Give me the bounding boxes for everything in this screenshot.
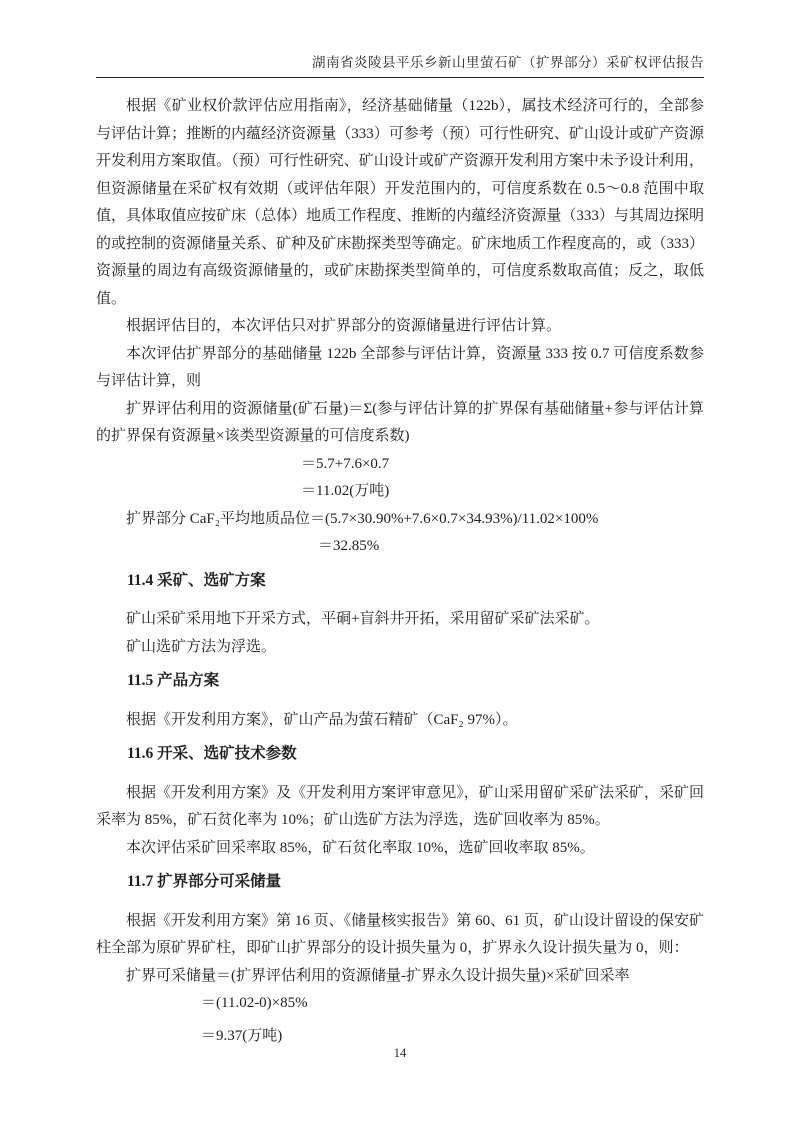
paragraph-product-plan: 根据《开发利用方案》，矿山产品为萤石精矿（CaF₂ 97%）。 bbox=[96, 707, 704, 735]
page-footer: 14 bbox=[0, 1046, 800, 1061]
paragraph-guideline: 根据《矿业权价款评估应用指南》，经济基础储量（122b），属技术经济可行的，全部… bbox=[96, 93, 704, 313]
report-title: 湖南省炎陵县平乐乡新山里萤石矿（扩界部分）采矿权评估报告 bbox=[312, 55, 704, 70]
page-content: 根据《矿业权价款评估应用指南》，经济基础储量（122b），属技术经济可行的，全部… bbox=[96, 93, 704, 1050]
section-heading-11-6: 11.6 开采、选矿技术参数 bbox=[96, 740, 704, 768]
page-number: 14 bbox=[394, 1046, 407, 1060]
paragraph-parameters-adopted: 本次评估采矿回采率取 85%，矿石贫化率取 10%，选矿回收率取 85%。 bbox=[96, 835, 704, 863]
running-header: 湖南省炎陵县平乐乡新山里萤石矿（扩界部分）采矿权评估报告 bbox=[96, 55, 704, 78]
paragraph-purpose: 根据评估目的，本次评估只对扩界部分的资源储量进行评估计算。 bbox=[96, 313, 704, 341]
section-heading-11-4: 11.4 采矿、选矿方案 bbox=[96, 567, 704, 595]
equation-step-1: ＝5.7+7.6×0.7 bbox=[301, 451, 704, 479]
equation-recoverable-step-1: ＝(11.02-0)×85% bbox=[201, 990, 704, 1018]
section-heading-11-5: 11.5 产品方案 bbox=[96, 667, 704, 695]
equation-step-3: ＝32.85% bbox=[318, 533, 704, 561]
paragraph-technical-parameters: 根据《开发利用方案》及《开发利用方案评审意见》，矿山采用留矿采矿法采矿，采矿回采… bbox=[96, 780, 704, 835]
formula-average-grade: 扩界部分 CaF₂平均地质品位＝(5.7×30.90%+7.6×0.7×34.9… bbox=[96, 506, 704, 534]
formula-resource-reserve: 扩界评估利用的资源储量(矿石量)＝Σ(参与评估计算的扩界保有基础储量+参与评估计… bbox=[96, 396, 704, 451]
formula-recoverable-reserve: 扩界可采储量＝(扩界评估利用的资源储量-扩界永久设计损失量)×采矿回采率 bbox=[96, 963, 704, 991]
section-heading-11-7: 11.7 扩界部分可采储量 bbox=[96, 868, 704, 896]
paragraph-recoverable-reserve-basis: 根据《开发利用方案》第 16 页、《储量核实报告》第 60、61 页，矿山设计留… bbox=[96, 908, 704, 963]
paragraph-participation: 本次评估扩界部分的基础储量 122b 全部参与评估计算，资源量 333 按 0.… bbox=[96, 341, 704, 396]
equation-step-2: ＝11.02(万吨) bbox=[301, 478, 704, 506]
paragraph-mining-method: 矿山采矿采用地下开采方式，平硐+盲斜井开拓，采用留矿采矿法采矿。 bbox=[96, 606, 704, 634]
paragraph-beneficiation-method: 矿山选矿方法为浮选。 bbox=[96, 634, 704, 662]
document-page: 湖南省炎陵县平乐乡新山里萤石矿（扩界部分）采矿权评估报告 根据《矿业权价款评估应… bbox=[0, 0, 800, 1132]
